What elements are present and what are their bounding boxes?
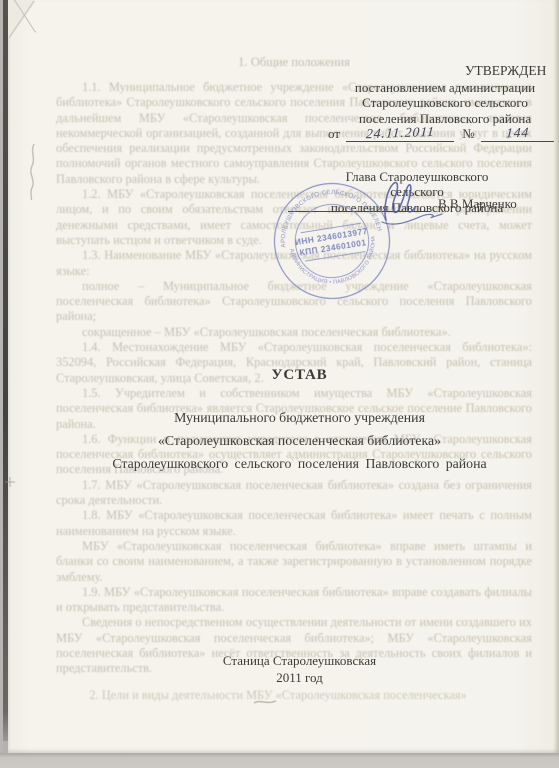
small-smudge-mark bbox=[252, 697, 278, 707]
signatory-name: В.В.Марченко bbox=[438, 196, 517, 212]
approval-date-row: от 24.11.2011 № 144 bbox=[328, 126, 554, 142]
scanned-page: 1. Общие положения 1.1. Муниципальное бю… bbox=[0, 0, 559, 768]
signature-icon bbox=[370, 178, 448, 226]
bleedthrough-paragraph: 1.9. МБУ «Старолеушковская поселенческая… bbox=[56, 585, 532, 616]
bleedthrough-paragraph: 1.8. МБУ «Старолеушковская поселенческая… bbox=[56, 508, 532, 539]
document-subtitle: Муниципального бюджетного учреждения «Ст… bbox=[40, 406, 559, 475]
imprint-place: Станица Старолеушковская bbox=[40, 653, 559, 670]
approval-line: постановлением администрации bbox=[353, 80, 537, 95]
page-corner-fold bbox=[8, 0, 34, 38]
bleedthrough-paragraph: сокращенное – МБУ «Старолеушковская посе… bbox=[56, 325, 532, 340]
approved-label: УТВЕРЖДЕН bbox=[465, 63, 546, 79]
edge-plus-mark bbox=[3, 476, 17, 488]
number-blank-line: 144 bbox=[481, 126, 554, 142]
imprint-block: Станица Старолеушковская 2011 год bbox=[40, 653, 559, 686]
margin-pencil-mark bbox=[24, 142, 44, 202]
subtitle-line-2: «Старолеушковская поселенческая библиоте… bbox=[40, 429, 559, 452]
approval-line: Старолеушковского сельского bbox=[353, 95, 537, 110]
bleedthrough-paragraph: 1.7. МБУ «Старолеушковская поселенческая… bbox=[56, 478, 532, 509]
subtitle-line-1: Муниципального бюджетного учреждения bbox=[40, 406, 559, 429]
imprint-year: 2011 год bbox=[40, 670, 559, 687]
subtitle-line-3: Старолеушковского сельского поселения Па… bbox=[40, 452, 559, 475]
bleedthrough-paragraph: МБУ «Старолеушковская поселенческая библ… bbox=[56, 539, 532, 585]
scan-edge-left-shadow bbox=[3, 0, 8, 741]
handwritten-date: 24.11.2011 bbox=[365, 124, 435, 142]
date-prefix-label: от bbox=[328, 126, 340, 142]
bleedthrough-heading-2: 2. Цели и виды деятельности МБУ «Староле… bbox=[40, 688, 516, 703]
document-title: УСТАВ bbox=[40, 367, 559, 384]
handwritten-number: 144 bbox=[505, 125, 529, 142]
scan-edge-bottom bbox=[0, 753, 559, 768]
bleedthrough-heading-1: 1. Общие положения bbox=[56, 55, 532, 70]
number-prefix-label: № bbox=[462, 126, 474, 142]
date-blank-line: 24.11.2011 bbox=[346, 126, 454, 142]
approval-authority-block: постановлением администрацииСтаролеушков… bbox=[353, 80, 537, 126]
approval-line: поселения Павловского района bbox=[353, 111, 537, 126]
